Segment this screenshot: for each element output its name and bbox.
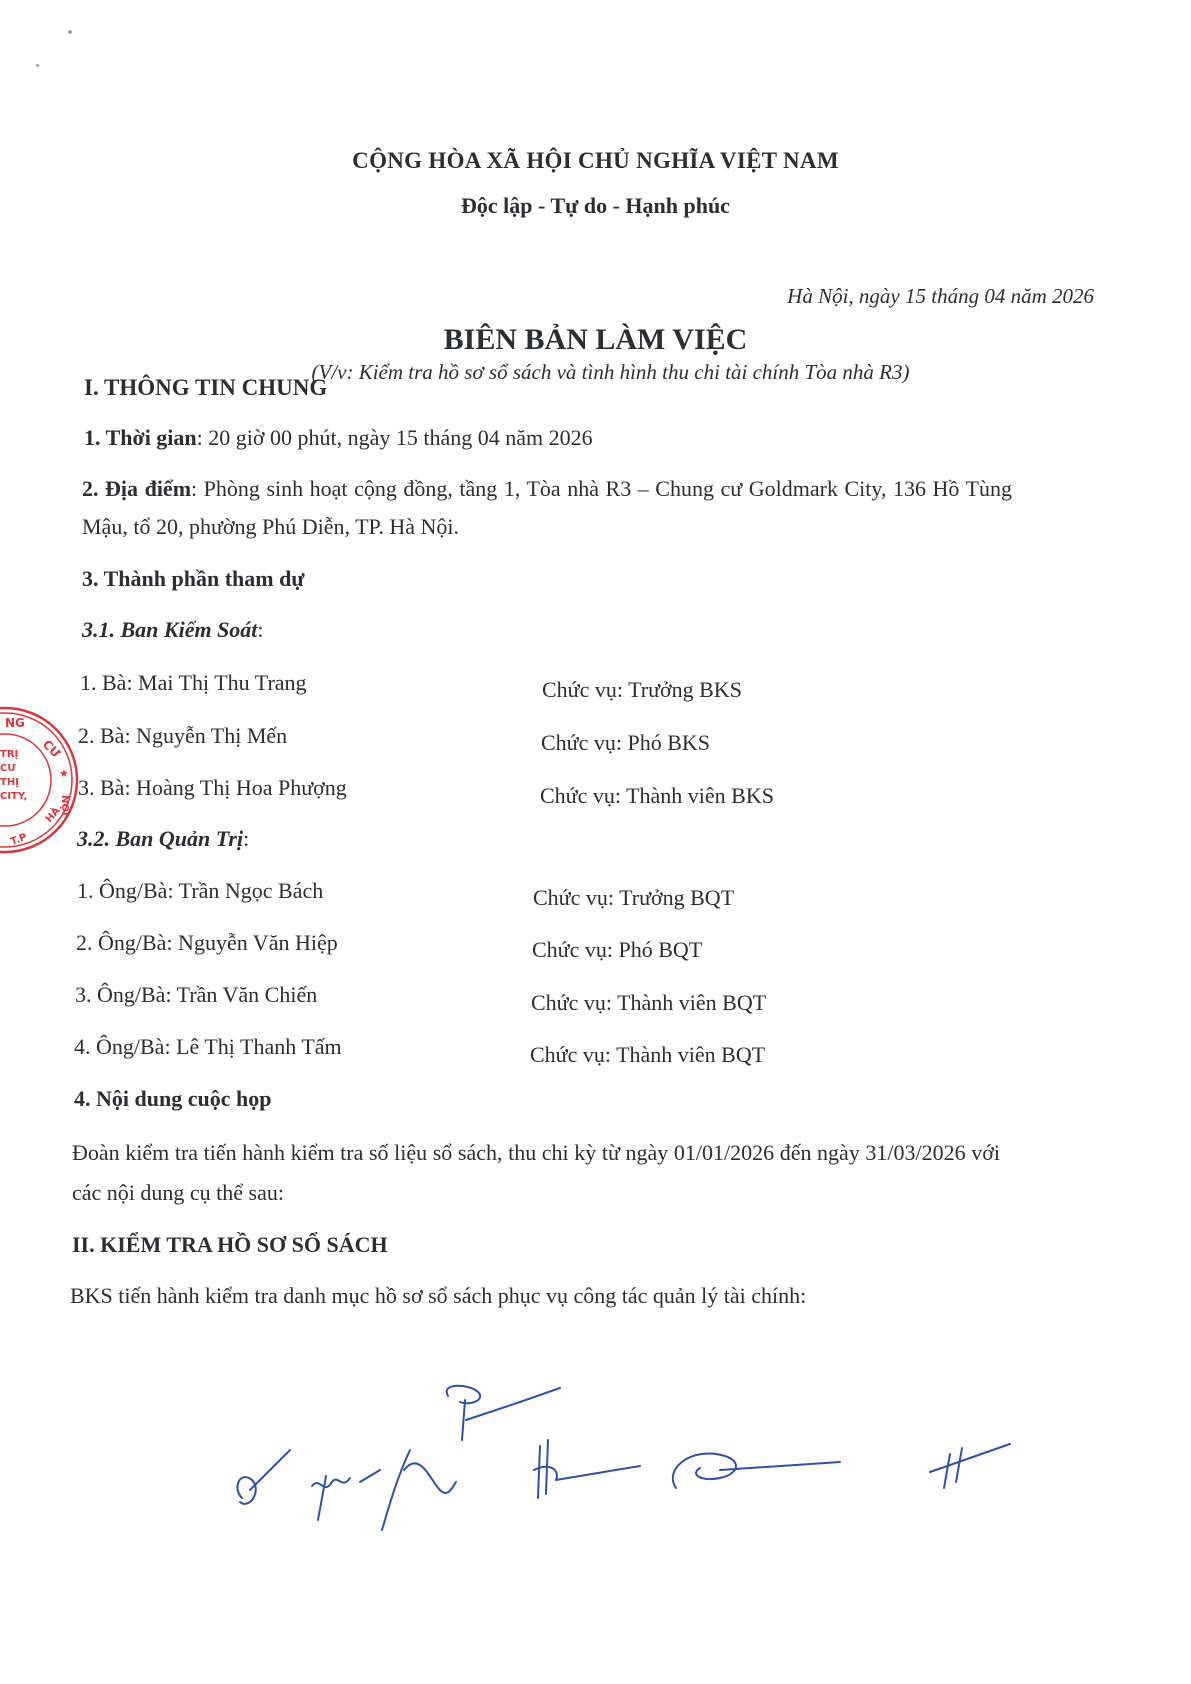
content-text: Đoàn kiểm tra tiến hành kiểm tra số liệu… <box>72 1133 1000 1213</box>
svg-text:THỊ: THỊ <box>0 777 19 788</box>
signature-5 <box>534 1440 640 1498</box>
signature-6 <box>673 1453 840 1488</box>
nation-header: CỘNG HÒA XÃ HỘI CHỦ NGHĨA VIỆT NAM <box>0 148 1191 174</box>
scan-speck <box>36 64 39 67</box>
bqt-member-role: Chức vụ: Thành viên BQT <box>530 1042 765 1068</box>
time-row: 1. Thời gian: 20 giờ 00 phút, ngày 15 th… <box>84 425 593 451</box>
signature-2 <box>312 1470 380 1520</box>
bks-heading: 3.1. Ban Kiểm Soát: <box>82 617 264 643</box>
signature-3 <box>382 1450 456 1530</box>
svg-text:CƯ: CƯ <box>0 763 16 774</box>
bks-member-name: 3. Bà: Hoàng Thị Hoa Phượng <box>78 775 347 801</box>
bks-heading-text: 3.1. Ban Kiểm Soát <box>82 617 257 642</box>
place-date: Hà Nội, ngày 15 tháng 04 năm 2026 <box>787 284 1094 309</box>
time-label: 1. Thời gian <box>84 425 197 450</box>
bks-member-role: Chức vụ: Phó BKS <box>541 730 710 756</box>
bqt-member-name: 3. Ông/Bà: Trần Văn Chiến <box>75 982 317 1008</box>
bqt-member-name: 2. Ông/Bà: Nguyễn Văn Hiệp <box>76 930 338 956</box>
signature-7 <box>930 1444 1010 1488</box>
signatures-area <box>0 1370 1191 1600</box>
bqt-heading-text: 3.2. Ban Quản Trị <box>77 826 243 851</box>
svg-text:★: ★ <box>59 767 69 780</box>
time-value: : 20 giờ 00 phút, ngày 15 tháng 04 năm 2… <box>197 425 593 450</box>
location-value: : Phòng sinh hoạt cộng đồng, tầng 1, Tòa… <box>82 476 1012 539</box>
bks-member-role: Chức vụ: Thành viên BKS <box>540 783 774 809</box>
content-paragraph: Đoàn kiểm tra tiến hành kiểm tra số liệu… <box>72 1133 1000 1213</box>
official-stamp: NG CƯ TRỊ CƯ THỊ CITY, ★ NỘI HÀ T.P <box>0 705 80 855</box>
bqt-heading: 3.2. Ban Quản Trị: <box>77 826 249 852</box>
svg-text:CITY,: CITY, <box>0 791 27 802</box>
bks-member-name: 2. Bà: Nguyễn Thị Mến <box>78 723 287 749</box>
bks-member-name: 1. Bà: Mai Thị Thu Trang <box>80 670 307 696</box>
svg-text:TRỊ: TRỊ <box>0 749 18 760</box>
bqt-member-role: Chức vụ: Thành viên BQT <box>531 990 766 1016</box>
scan-speck <box>68 30 72 34</box>
svg-text:T.P: T.P <box>9 832 28 848</box>
content-heading: 4. Nội dung cuộc họp <box>74 1086 271 1112</box>
bqt-member-name: 4. Ông/Bà: Lê Thị Thanh Tấm <box>74 1034 342 1060</box>
signature-4 <box>447 1386 560 1440</box>
location-row: 2. Địa điểm: Phòng sinh hoạt cộng đồng, … <box>82 470 1012 546</box>
attendees-heading: 3. Thành phần tham dự <box>82 566 305 592</box>
bks-member-role: Chức vụ: Trưởng BKS <box>542 677 742 703</box>
signature-1 <box>237 1450 290 1504</box>
motto: Độc lập - Tự do - Hạnh phúc <box>0 193 1191 219</box>
bqt-member-role: Chức vụ: Trưởng BQT <box>533 885 734 911</box>
bqt-member-name: 1. Ông/Bà: Trần Ngọc Bách <box>77 878 323 904</box>
bqt-member-role: Chức vụ: Phó BQT <box>532 937 702 963</box>
location-label: 2. Địa điểm <box>82 476 191 501</box>
document-title: BIÊN BẢN LÀM VIỆC <box>0 323 1191 357</box>
section-2-text: BKS tiến hành kiểm tra danh mục hồ sơ sổ… <box>70 1283 806 1309</box>
section-2-heading: II. KIỂM TRA HỒ SƠ SỔ SÁCH <box>72 1232 388 1258</box>
stamp-text: NG <box>5 716 25 730</box>
section-1-heading: I. THÔNG TIN CHUNG <box>84 375 327 401</box>
